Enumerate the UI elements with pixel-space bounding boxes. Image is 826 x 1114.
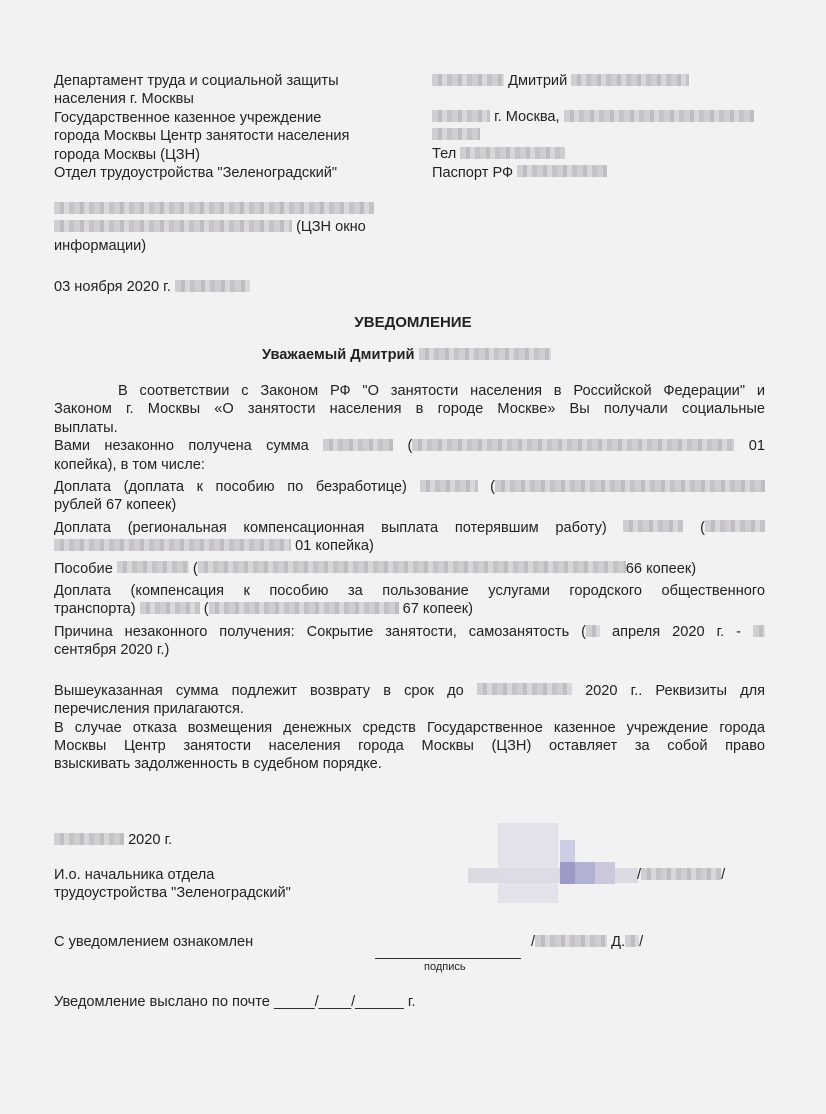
- redacted-phone: [460, 147, 565, 159]
- paragraph-line: Законом г. Москвы «О занятости населения…: [54, 400, 765, 418]
- item-line: Доплата (компенсация к пособию за пользо…: [54, 582, 765, 600]
- mailing-date-field[interactable]: _____/____/______: [274, 994, 404, 1010]
- redacted-street: [564, 110, 754, 122]
- phone-label: Тел: [432, 146, 456, 162]
- redacted-phone: [54, 220, 292, 232]
- sum-line2: копейка), в том числе:: [54, 456, 765, 474]
- initial: Д.: [611, 934, 625, 950]
- refusal-line: взыскивать задолженность в судебном поря…: [54, 755, 765, 773]
- redacted-amount-words: [198, 561, 626, 573]
- signer-name: //: [637, 866, 725, 884]
- reason-line2: сентября 2020 г.): [54, 641, 765, 659]
- redacted-number: [175, 280, 250, 292]
- redacted-surname: [535, 935, 607, 947]
- redacted-amount-words: [495, 480, 765, 492]
- item-kopeck: 67 копеек): [403, 601, 473, 617]
- sender-block: Департамент труда и социальной защиты на…: [54, 72, 349, 182]
- signature-stroke: [560, 840, 575, 862]
- sender-line: города Москвы Центр занятости населения: [54, 127, 349, 145]
- redacted-amount: [623, 520, 683, 532]
- contact-note: (ЦЗН окно: [296, 219, 366, 235]
- redacted-amount-words: [209, 602, 399, 614]
- refusal-line: Москвы Центр занятости населения города …: [54, 737, 765, 755]
- redacted-patronymic: [571, 74, 689, 86]
- redacted-address: [54, 202, 374, 214]
- redacted-apartment: [432, 128, 480, 140]
- reason-text: Причина незаконного получения: Сокрытие …: [54, 624, 586, 640]
- redacted-signer: [641, 868, 721, 880]
- mailing-suffix: г.: [408, 994, 416, 1010]
- sender-line: города Москвы (ЦЗН): [54, 146, 349, 164]
- body-text: В соответствии с Законом РФ "О занятости…: [54, 382, 765, 774]
- redacted-amount: [117, 561, 189, 573]
- redacted-day: [753, 625, 765, 637]
- redacted-date: [54, 833, 124, 845]
- paragraph-line: В соответствии с Законом РФ "О занятости…: [54, 382, 765, 400]
- item-label: Доплата (региональная компенсационная вы…: [54, 520, 607, 536]
- redacted-amount: [323, 439, 393, 451]
- item-line: Пособие (66 копеек): [54, 560, 765, 578]
- redacted-amount-words: [412, 439, 734, 451]
- refusal-line: В случае отказа возмещения денежных сред…: [54, 719, 765, 737]
- item-line: Доплата (региональная компенсационная вы…: [54, 519, 765, 537]
- sum-line: Вами незаконно получена сумма ( 01: [54, 437, 765, 455]
- recipient-block: Дмитрий г. Москва, Тел Паспорт РФ: [432, 72, 754, 182]
- paragraph-line: выплаты.: [54, 419, 765, 437]
- item-line: Доплата (доплата к пособию по безработиц…: [54, 478, 765, 496]
- slash: /: [639, 934, 643, 950]
- sender-contact: (ЦЗН окно информации): [54, 200, 374, 255]
- item-label-cont: транспорта): [54, 601, 136, 617]
- sum-kopeck: 01: [749, 438, 765, 454]
- slash: /: [721, 867, 725, 883]
- mailing-line: Уведомление выслано по почте _____/____/…: [54, 993, 416, 1011]
- sender-line: Государственное казенное учреждение: [54, 109, 349, 127]
- redacted-surname: [432, 74, 504, 86]
- document-date: 03 ноября 2020 г.: [54, 278, 250, 296]
- date-text: 03 ноября 2020 г.: [54, 279, 171, 295]
- position-line: трудоустройства "Зеленоградский": [54, 884, 291, 902]
- document-page: Департамент труда и социальной защиты на…: [0, 0, 826, 1114]
- signature-line[interactable]: [375, 958, 521, 959]
- reason-line: Причина незаконного получения: Сокрытие …: [54, 623, 765, 641]
- signature-stroke: [560, 862, 615, 884]
- item-line2: транспорта) ( 67 копеек): [54, 600, 765, 618]
- recipient-city: г. Москва,: [494, 109, 560, 125]
- acknowledger-name: / Д./: [531, 933, 643, 951]
- item-line2: 01 копейка): [54, 537, 765, 555]
- passport-label: Паспорт РФ: [432, 165, 513, 181]
- item-label: Доплата (доплата к пособию по безработиц…: [54, 479, 407, 495]
- item-line2: рублей 67 копеек): [54, 496, 765, 514]
- position-line: И.о. начальника отдела: [54, 866, 291, 884]
- return-line: Вышеуказанная сумма подлежит возврату в …: [54, 682, 765, 700]
- sender-line: Департамент труда и социальной защиты: [54, 72, 349, 90]
- sender-line: Отдел трудоустройства "Зеленоградский": [54, 164, 349, 182]
- document-title: УВЕДОМЛЕНИЕ: [0, 314, 826, 332]
- redacted-zip: [432, 110, 490, 122]
- item-kopeck: 66 копеек): [626, 561, 696, 577]
- return-text: 2020 г.. Реквизиты для: [585, 683, 765, 699]
- redacted-amount-words: [705, 520, 765, 532]
- mailing-label: Уведомление выслано по почте: [54, 994, 270, 1010]
- redacted-amount: [140, 602, 200, 614]
- redacted-day: [586, 625, 600, 637]
- redacted-patronymic: [419, 348, 551, 360]
- signature-caption: подпись: [424, 961, 466, 973]
- item-kopeck: 01 копейка): [295, 538, 374, 554]
- redacted-amount-words: [54, 539, 291, 551]
- redacted-deadline: [477, 683, 572, 695]
- redacted-passport: [517, 165, 607, 177]
- return-line2: перечисления прилагаются.: [54, 700, 765, 718]
- redacted-initial: [625, 935, 639, 947]
- acknowledgement-label: С уведомлением ознакомлен: [54, 933, 253, 951]
- sum-label: Вами незаконно получена сумма: [54, 438, 309, 454]
- contact-note-cont: информации): [54, 237, 374, 255]
- reason-text: апреля 2020 г. -: [612, 624, 741, 640]
- greeting: Уважаемый Дмитрий: [262, 346, 551, 364]
- signature-date: 2020 г.: [54, 831, 172, 849]
- greeting-text: Уважаемый Дмитрий: [262, 347, 414, 363]
- return-text: Вышеуказанная сумма подлежит возврату в …: [54, 683, 464, 699]
- recipient-name: Дмитрий: [508, 73, 567, 89]
- sender-line: населения г. Москвы: [54, 90, 349, 108]
- item-label: Пособие: [54, 561, 113, 577]
- signature-date-suffix: 2020 г.: [128, 832, 172, 848]
- redacted-amount: [420, 480, 478, 492]
- signatory-position: И.о. начальника отдела трудоустройства "…: [54, 866, 291, 903]
